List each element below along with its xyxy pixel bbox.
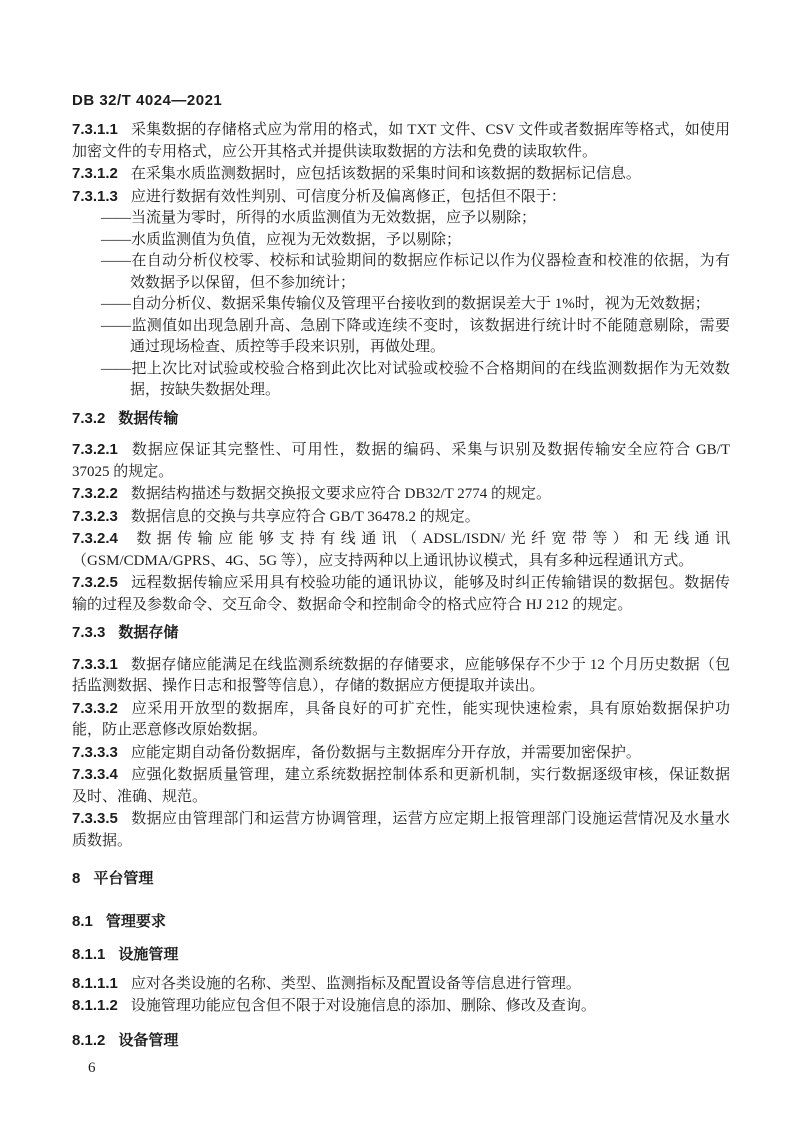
clause-7-3-2-2: 7.3.2.2数据结构描述与数据交换报文要求应符合 DB32/T 2774 的规…: [72, 483, 730, 506]
clause-8-1-1-2: 8.1.1.2设施管理功能应包含但不限于对设施信息的添加、删除、修改及查询。: [72, 995, 730, 1018]
clause-7-3-3-1: 7.3.3.1数据存储应能满足在线监测系统数据的存储要求，应能够保存不少于 12…: [72, 654, 730, 698]
clause-7-3-2-4: 7.3.2.4数据传输应能够支持有线通讯（ADSL/ISDN/光纤宽带等）和无线…: [72, 528, 730, 572]
clause-8-1-1-1: 8.1.1.1应对各类设施的名称、类型、监测指标及配置设备等信息进行管理。: [72, 973, 730, 996]
clause-text: 数据传输应能够支持有线通讯（ADSL/ISDN/光纤宽带等）和无线通讯（GSM/…: [72, 531, 730, 569]
clause-text: 远程数据传输应采用具有校验功能的通讯协议，能够及时纠正传输错误的数据包。数据传输…: [72, 575, 730, 613]
chapter-title: 平台管理: [93, 870, 153, 887]
section-number: 7.3.3: [72, 624, 105, 641]
section-heading-7-3-2: 7.3.2数据传输: [72, 408, 730, 430]
clause-7-3-2-5: 7.3.2.5远程数据传输应采用具有校验功能的通讯协议，能够及时纠正传输错误的数…: [72, 572, 730, 616]
dash-list-item: ——当流量为零时，所得的水质监测值为无效数据，应予以剔除；: [72, 208, 730, 230]
clause-number: 7.3.3.1: [72, 656, 118, 673]
clause-number: 7.3.1.1: [72, 121, 118, 138]
section-title: 数据存储: [118, 624, 178, 641]
section-number: 8.1.1: [72, 946, 105, 963]
clause-7-3-3-2: 7.3.3.2应采用开放型的数据库，具备良好的可扩充性，能实现快速检索，具有原始…: [72, 698, 730, 742]
document-page: { "doc": { "header": "DB 32/T 4024—2021"…: [0, 0, 800, 1131]
clause-text: 在采集水质监测数据时，应包括该数据的采集时间和该数据的数据标记信息。: [131, 166, 641, 182]
clause-7-3-3-4: 7.3.3.4应强化数据质量管理，建立系统数据控制体系和更新机制，实行数据逐级审…: [72, 764, 730, 808]
section-title: 管理要求: [106, 913, 166, 930]
clause-number: 7.3.2.4: [72, 530, 118, 547]
section-heading-7-3-3: 7.3.3数据存储: [72, 622, 730, 644]
section-number: 8.1: [72, 913, 93, 930]
clause-number: 7.3.2.1: [72, 441, 118, 458]
section-title: 设备管理: [118, 1032, 178, 1049]
clause-text: 数据存储应能满足在线监测系统数据的存储要求，应能够保存不少于 12 个月历史数据…: [72, 657, 730, 695]
clause-text: 数据信息的交换与共享应符合 GB/T 36478.2 的规定。: [131, 509, 480, 525]
clause-text: 应采用开放型的数据库，具备良好的可扩充性，能实现快速检索，具有原始数据保护功能，…: [72, 701, 730, 739]
clause-7-3-1-3: 7.3.1.3应进行数据有效性判别、可信度分析及偏离修正，包括但不限于：: [72, 186, 730, 209]
clause-number: 7.3.2.5: [72, 574, 118, 591]
clause-number: 7.3.2.2: [72, 485, 118, 502]
clause-text: 应能定期自动备份数据库，备份数据与主数据库分开存放，并需要加密保护。: [131, 745, 641, 761]
clause-text: 应进行数据有效性判别、可信度分析及偏离修正，包括但不限于：: [131, 189, 566, 205]
section-title: 设施管理: [118, 946, 178, 963]
section-number: 8.1.2: [72, 1032, 105, 1049]
clause-number: 7.3.2.3: [72, 508, 118, 525]
clause-number: 7.3.3.5: [72, 810, 118, 827]
clause-7-3-1-1: 7.3.1.1采集数据的存储格式应为常用的格式，如 TXT 文件、CSV 文件或…: [72, 119, 730, 163]
clause-7-3-3-5: 7.3.3.5数据应由管理部门和运营方协调管理，运营方应定期上报管理部门设施运营…: [72, 808, 730, 852]
clause-text: 数据应由管理部门和运营方协调管理，运营方应定期上报管理部门设施运营情况及水量水质…: [72, 811, 730, 849]
clause-text: 应强化数据质量管理，建立系统数据控制体系和更新机制，实行数据逐级审核，保证数据及…: [72, 767, 730, 805]
clause-number: 7.3.1.3: [72, 188, 118, 205]
dash-list-item: ——水质监测值为负值，应视为无效数据，予以剔除；: [72, 230, 730, 252]
clause-number: 7.3.3.2: [72, 700, 118, 717]
section-title: 数据传输: [118, 410, 178, 427]
clause-number: 7.3.1.2: [72, 165, 118, 182]
section-heading-8-1: 8.1管理要求: [72, 911, 730, 933]
section-number: 7.3.2: [72, 410, 105, 427]
clause-7-3-1-2: 7.3.1.2在采集水质监测数据时，应包括该数据的采集时间和该数据的数据标记信息…: [72, 163, 730, 186]
page-number: 6: [72, 1058, 730, 1080]
clause-7-3-2-3: 7.3.2.3数据信息的交换与共享应符合 GB/T 36478.2 的规定。: [72, 506, 730, 529]
standard-number-header: DB 32/T 4024—2021: [72, 91, 730, 111]
clause-number: 7.3.3.4: [72, 766, 118, 783]
section-heading-8-1-2: 8.1.2设备管理: [72, 1030, 730, 1052]
dash-list-item: ——自动分析仪、数据采集传输仪及管理平台接收到的数据误差大于 1%时，视为无效数…: [72, 294, 730, 316]
clause-text: 采集数据的存储格式应为常用的格式，如 TXT 文件、CSV 文件或者数据库等格式…: [72, 122, 730, 160]
dash-list-item: ——监测值如出现急剧升高、急剧下降或连续不变时，该数据进行统计时不能随意剔除，需…: [72, 316, 730, 359]
clause-number: 8.1.1.2: [72, 997, 118, 1014]
clause-text: 设施管理功能应包含但不限于对设施信息的添加、删除、修改及查询。: [131, 998, 596, 1014]
section-heading-8-1-1: 8.1.1设施管理: [72, 944, 730, 966]
clause-number: 7.3.3.3: [72, 744, 118, 761]
page-content: DB 32/T 4024—2021 7.3.1.1采集数据的存储格式应为常用的格…: [0, 0, 800, 1080]
clause-7-3-2-1: 7.3.2.1数据应保证其完整性、可用性，数据的编码、采集与识别及数据传输安全应…: [72, 439, 730, 483]
clause-text: 应对各类设施的名称、类型、监测指标及配置设备等信息进行管理。: [131, 976, 581, 992]
clause-text: 数据应保证其完整性、可用性，数据的编码、采集与识别及数据传输安全应符合 GB/T…: [72, 442, 730, 480]
clause-text: 数据结构描述与数据交换报文要求应符合 DB32/T 2774 的规定。: [131, 486, 551, 502]
chapter-heading-8: 8平台管理: [72, 868, 730, 890]
clause-number: 8.1.1.1: [72, 975, 118, 992]
chapter-number: 8: [72, 870, 80, 887]
dash-list-item: ——把上次比对试验或校验合格到此次比对试验或校验不合格期间的在线监测数据作为无效…: [72, 359, 730, 402]
dash-list-item: ——在自动分析仪校零、校标和试验期间的数据应作标记以作为仪器检查和校准的依据，为…: [72, 251, 730, 294]
clause-7-3-3-3: 7.3.3.3应能定期自动备份数据库，备份数据与主数据库分开存放，并需要加密保护…: [72, 742, 730, 765]
